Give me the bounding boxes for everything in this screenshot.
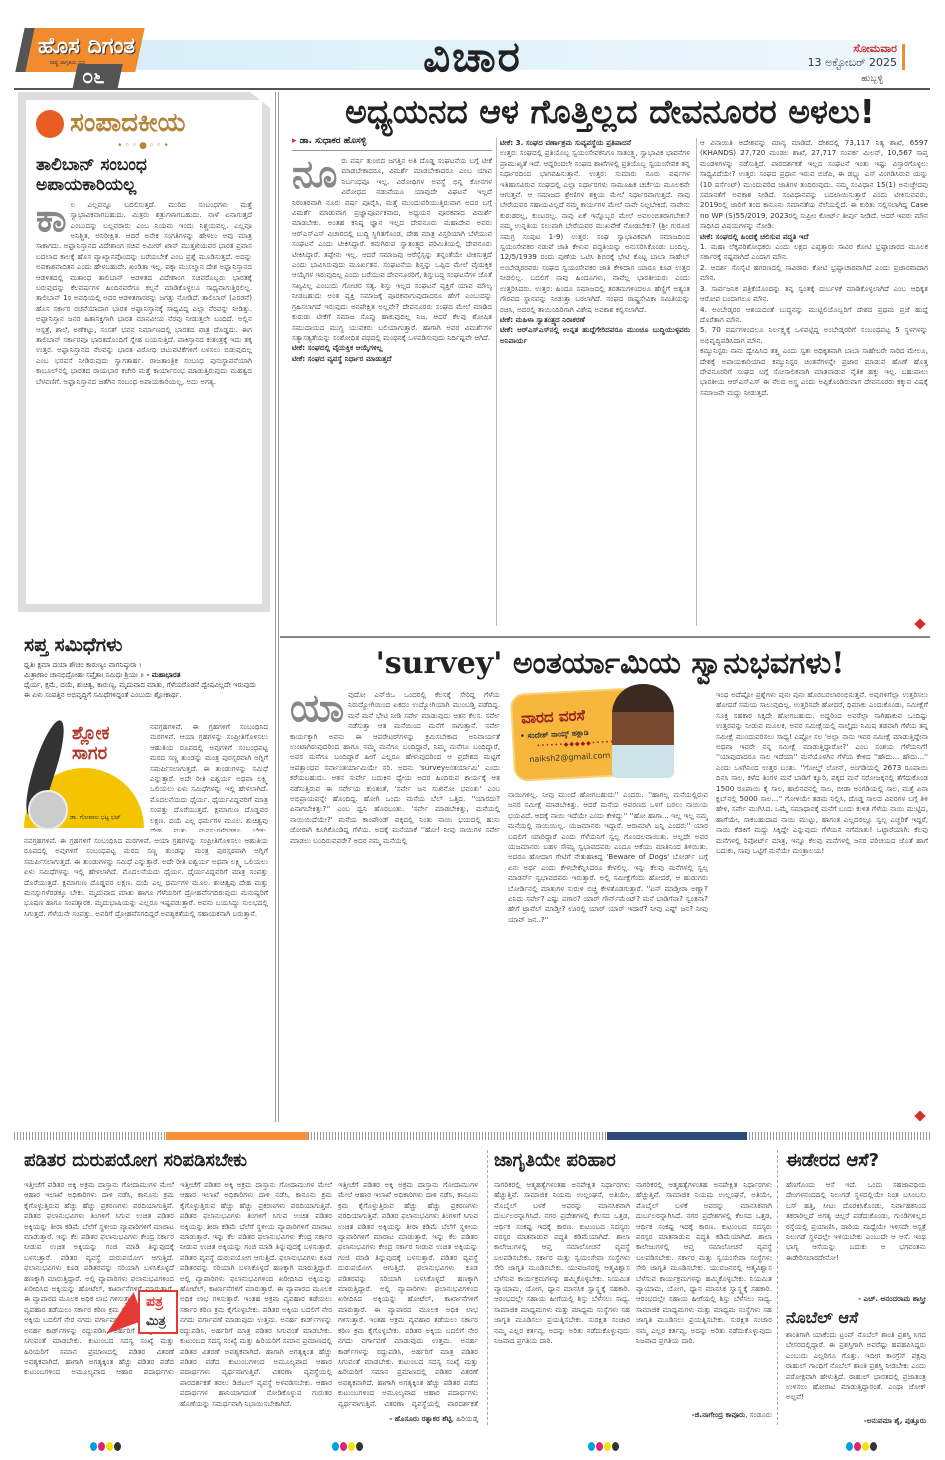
subhead: ಟೀಕೆ: ಮಹಿಳಾ ಸ್ವಾತಂತ್ರ್ಯದ ನಿರಾಕರಣೆ — [500, 315, 690, 325]
byline: ▸ ಡಾ. ಸುಧಾಕರ ಹೊಸಳ್ಳಿ — [292, 136, 366, 146]
list-item: 5. 70 ವರ್ಷಗಳಿಂದಲೂ ನಿರ್ಲಕ್ಷ್ಯಕ್ಕೆ ಒಳಪಟ್ಟಿ… — [700, 325, 928, 346]
column-rule — [496, 138, 497, 626]
editorial-body: ಕಾ ಲ ಎಲ್ಲವನ್ನೂ ಬದಲಿಸುತ್ತದೆ. ಮುರಿದ ಸಂಬಂಧಗ… — [36, 200, 252, 387]
editorial-title[interactable]: ತಾಲಿಬಾನ್ ಸಂಬಂಧ ಅಪಾಯಕಾರಿಯಲ್ಲ — [36, 155, 252, 196]
letter-1-title[interactable]: ಪಡಿತರ ದುರುಪಯೋಗ ಸರಿಪಡಿಸಬೇಕು — [24, 1150, 247, 1171]
cmyk-registration-marks — [588, 1442, 619, 1451]
letter-2-signoff: -ಜಿ.ನಾಗೇಂದ್ರ ಕಾವೂರು, ಸಂಡೂರು — [636, 1410, 772, 1420]
author-name: ಡಾ. ಗೋಪಾಲ ಭಟ್ಟ ಭಟ್ — [70, 814, 121, 822]
cmyk-registration-marks — [90, 1442, 121, 1451]
orange-accent-bar — [166, 1132, 308, 1140]
editorial-emblem-icon — [36, 110, 64, 138]
byline-rule — [292, 150, 492, 151]
letter-2-title[interactable]: ಜಾಗೃತಿಯೇ ಪರಿಹಾರ — [494, 1150, 616, 1171]
promo-divider: ••••••◆◆◆◆◆•••••• — [536, 738, 619, 749]
main-article-col-1: ನೂ ರು ವರ್ಷ ತುಂಬಿದ ಜಗತ್ತಿನ ಅತಿ ದೊಡ್ಡ ಸಂಘಟ… — [292, 156, 492, 626]
masthead-accent-bar — [902, 44, 905, 70]
section-hatch-bar — [14, 1132, 930, 1140]
vertical-hatch-rule — [275, 92, 279, 1122]
cmyk-registration-marks — [846, 1442, 877, 1451]
letter-1-col-3: ಇತ್ತೀಚೆಗೆ ಪಡಿತರ ಅಕ್ಕಿ ಅಕ್ರಮ ದಾಸ್ತಾನು ಗೋದ… — [338, 1180, 478, 1410]
column-3-body-2: ಶಾಂತಿಗಾಗಿ ಯಾಕೆಂದು ಟ್ರಂಪ್ ನೊಬೆಲ್ ಶಾಂತಿ ಪ್… — [786, 1330, 926, 1414]
list-item: 4. ಅಂಬೇಡ್ಕರರ ಆಶಯದಂತೆ ಬುದ್ಧನನ್ನು ಮುಟ್ಟಿಲಿ… — [700, 305, 928, 326]
cmyk-registration-marks — [332, 1442, 363, 1451]
subhead: ಟೀಕೆ: 3. ಸಂಘದ ವರ್ಣಾಶ್ರಮ ಸುವ್ಯವಸ್ಥೆಯ ಪ್ರತ… — [500, 138, 690, 148]
column-rule — [777, 1150, 778, 1425]
sapta-body: ನವಗ್ರಹಗಳಿವೆ. ಈ ಗ್ರಹಗಳಿಗೆ ಸಂಬಂಧಿಸಿದ ಮರಗಳಿ… — [24, 836, 268, 1106]
survey-col-2: ನಾಯಿಗಳಿಲ್ಲ. ನೀವು ಮುಂದೆ ಹೋಗಬಹುದು'' ಎಂದರು.… — [508, 790, 708, 1120]
letter-1-signoff: - ಹೊಸೂರು ರತ್ನಾಕರ ಶೆಟ್ಟಿ, ಹಿರಿಯಡ್ಕ — [338, 1414, 478, 1424]
shloka-block: ಧೃತಿಃ ಕ್ಷಮಾ ದಯಾ ಶೌಚಂ ಕಾರುಣ್ಯಂ ವಾಗನಿಷ್ಠುರ… — [24, 660, 264, 700]
column-name: ವಾರದ ವರಸೆ — [521, 706, 586, 727]
column-3-signoff-2: -ಅನುಪಮಾ ಶೈ, ಪುತ್ತೂರು — [786, 1416, 926, 1426]
dropcap: ನೂ — [292, 156, 337, 192]
letter-1-col-2: ಇತ್ತೀಚೆಗೆ ಪಡಿತರ ಅಕ್ಕಿ ಅಕ್ರಮ ದಾಸ್ತಾನು ಗೋದ… — [180, 1180, 332, 1425]
section-rule — [280, 636, 930, 638]
columnist-photo — [612, 684, 674, 778]
blue-accent-bar — [607, 1132, 747, 1140]
shloka-line: ಧೃತಿಃ ಕ್ಷಮಾ ದಯಾ ಶೌಚಂ ಕಾರುಣ್ಯಂ ವಾಗನಿಷ್ಠುರ… — [24, 660, 264, 670]
dropcap: ಯಾ — [290, 690, 344, 726]
letter-2-col-1: ನಾಗರಿಕರಲ್ಲಿ ಆತ್ಮಹತ್ಯೆಗಳಂತಹ ಅನಪೇಕ್ಷಿತ ನಿರ… — [494, 1180, 630, 1425]
author-avatar — [28, 790, 68, 830]
section-title: ವಿಚಾರ — [0, 32, 945, 82]
badge-text: ಶ್ಲೋಕಸಾಗರ — [72, 724, 110, 764]
date-block: ಸೋಮವಾರ 13 ಅಕ್ಟೋಬರ್ 2025 — [808, 42, 897, 70]
dropcap: ಕಾ — [36, 200, 67, 236]
date: 13 ಅಕ್ಟೋಬರ್ 2025 — [808, 56, 897, 70]
subhead: ಟೀಕೆ: ಸಂಘದಲ್ಲಿ ಹಿಂದಕ್ಕೆ ಚಲಿಸುವ ಪದ್ಧತಿ ಇದ… — [700, 232, 928, 242]
list-item: 3. ಸಾರ್ವಜನಿಕ ಪತ್ರಿಕೆಯೊಂದನ್ನು ತನ್ನ ಸ್ವಂತಕ… — [700, 284, 928, 305]
sapta-body-wrap: ನವಗ್ರಹಗಳಿವೆ. ಈ ಗ್ರಹಗಳಿಗೆ ಸಂಬಂಧಿಸಿದ ಮರಗಳಿ… — [150, 722, 268, 832]
shloka-line: ಮಿತ್ರಾಣಾಂ ಚಾನಭಿದ್ರೋಹಃ ಸಪ್ತೈತಾಃ ಸಮಿಧಃ ಶ್ರ… — [24, 670, 264, 680]
ornament: •◦◦●◦◦• — [36, 141, 252, 151]
paper-plane-icon — [96, 1292, 144, 1334]
subhead: ಟೀಕೆ: ಸಂಘದಲ್ಲಿ ವೈಯಕ್ತಿಕ ಆಯ್ಕೆಗಳಿಲ್ಲ — [292, 343, 492, 353]
main-article-col-2: ಟೀಕೆ: 3. ಸಂಘದ ವರ್ಣಾಶ್ರಮ ಸುವ್ಯವಸ್ಥೆಯ ಪ್ರತ… — [500, 138, 690, 626]
letter-2-col-2: ನಾಗರಿಕರಲ್ಲಿ ಆತ್ಮಹತ್ಯೆಗಳಂತಹ ಅನಪೇಕ್ಷಿತ ನಿರ… — [636, 1180, 772, 1405]
list-item: 2. ಆದರ್ಶ ಸೊಸೈಟಿ ಹಗರಣದಲ್ಲಿ ಸಾವಿರಾರು ಕೋಟಿ … — [700, 263, 928, 284]
survey-col-1: ಯಾ ವುದೋ ಎನ್‌ಜಿಒ ಒಂದರಲ್ಲಿ ಕೆಲಸಕ್ಕೆ ಸೇರಿದ್… — [290, 690, 500, 1120]
masthead-rule — [14, 88, 930, 90]
weekday: ಸೋಮವಾರ — [808, 42, 897, 56]
sapta-title[interactable]: ಸಪ್ತ ಸಮಿಧೆಗಳು — [24, 634, 122, 656]
editorial-label: ಸಂಪಾದಕೀಯ — [70, 108, 185, 139]
main-headline[interactable]: ಅಧ್ಯಯನದ ಆಳ ಗೊತ್ತಿಲ್ಲದ ದೇವನೂರರ ಅಳಲು! — [290, 92, 930, 132]
subhead: ಟೀಕೆ: ಸಂಘದ ವ್ಯವಸ್ಥೆ ನಿರ್ಧಾರ ಮಾಡುತ್ತದೆ — [292, 354, 492, 364]
columnist-email[interactable]: naiksh2@gmail.com — [529, 751, 610, 764]
survey-col-3: ಇಂಥ ಅದೆಷ್ಟೋ ಪ್ರಶ್ನೆಗಳು ಪುನಃ ಪುನಃ ಹೊರಬರಲಾ… — [716, 690, 928, 1120]
column-3-title-2[interactable]: ನೊಬೆಲ್ ಆಸೆ — [786, 1308, 858, 1328]
survey-headline[interactable]: 'survey' ಅಂತರ್ಯಾಮಿಯ ಸ್ವಾನುಭವಗಳು! — [290, 646, 930, 681]
column-rule — [696, 138, 697, 626]
column-3-signoff: - ಎಚ್. ಆನಂದರಾಮ ಶಾಸ್ತ್ರೀ — [786, 1294, 926, 1304]
masthead: ಹೊಸ ದಿಗಂತ ರಾಷ್ಟ್ರ ಜಾಗೃತಿಯ ಧ್ವನಿ ೦೬ ವಿಚಾರ… — [0, 28, 945, 88]
column-3-body: ಹೆಣಗೊಂದು ಆಸೆ ಇದೆ. ಒಂದು ಸಹಜಾವಧಿಯ ದೇಂಗಳನಂದ… — [786, 1180, 926, 1292]
editorial-box: ಸಂಪಾದಕೀಯ •◦◦●◦◦• ತಾಲಿಬಾನ್ ಸಂಬಂಧ ಅಪಾಯಕಾರಿ… — [18, 92, 270, 612]
main-article-col-3: ಆ ವಿನಾಯಿತಿ ಆದೇಶವನ್ನು ಮಾನ್ಯ ಮಾಡಿದೆ. ದೇಶದಲ… — [700, 138, 928, 626]
letter-1-col-1: ಇತ್ತೀಚೆಗೆ ಪಡಿತರ ಅಕ್ಕಿ ಅಕ್ರಮ ದಾಸ್ತಾನು ಗೋದ… — [24, 1180, 174, 1380]
subhead: ಟೀಕೆ: ಆರ್‌ಎಸ್‌ಎಸ್‌ನಲ್ಲಿ ಉನ್ನತ ಹುದ್ದೆಗೇರಿ… — [500, 325, 690, 346]
patra-mitra-badge: ಪತ್ರ ಮಿತ್ರ — [100, 1290, 180, 1350]
edition-city: ಹುಬ್ಬಳ್ಳಿ — [861, 74, 883, 84]
column-rule — [487, 1150, 488, 1425]
column-3-title[interactable]: ಈಡೇರದ ಆಸೆ? — [786, 1150, 879, 1171]
list-item: 1. ಮಹಾ ಲೆಕ್ಕಪರಿಶೋಧಕರು ಎಂದು ಲಕ್ಷದ ಎಪ್ಪತ್ತ… — [700, 242, 928, 263]
shloka-meaning: ಧೈರ್ಯ, ಕ್ಷಮೆ, ದಯೆ, ಶುಚಿತ್ವ, ಕಾರುಣ್ಯ, ಮೃದ… — [24, 680, 264, 700]
shloka-sagara-badge: ಶ್ಲೋಕಸಾಗರ ಡಾ. ಗೋಪಾಲ ಭಟ್ಟ ಭಟ್ — [24, 718, 144, 828]
closing-para: ಕಮ್ಯುನಿಸ್ಟರು ನಾನು ದ್ವೇಷಿಸಿದ ತತ್ತ್ವ ಎಂದು … — [700, 346, 928, 398]
